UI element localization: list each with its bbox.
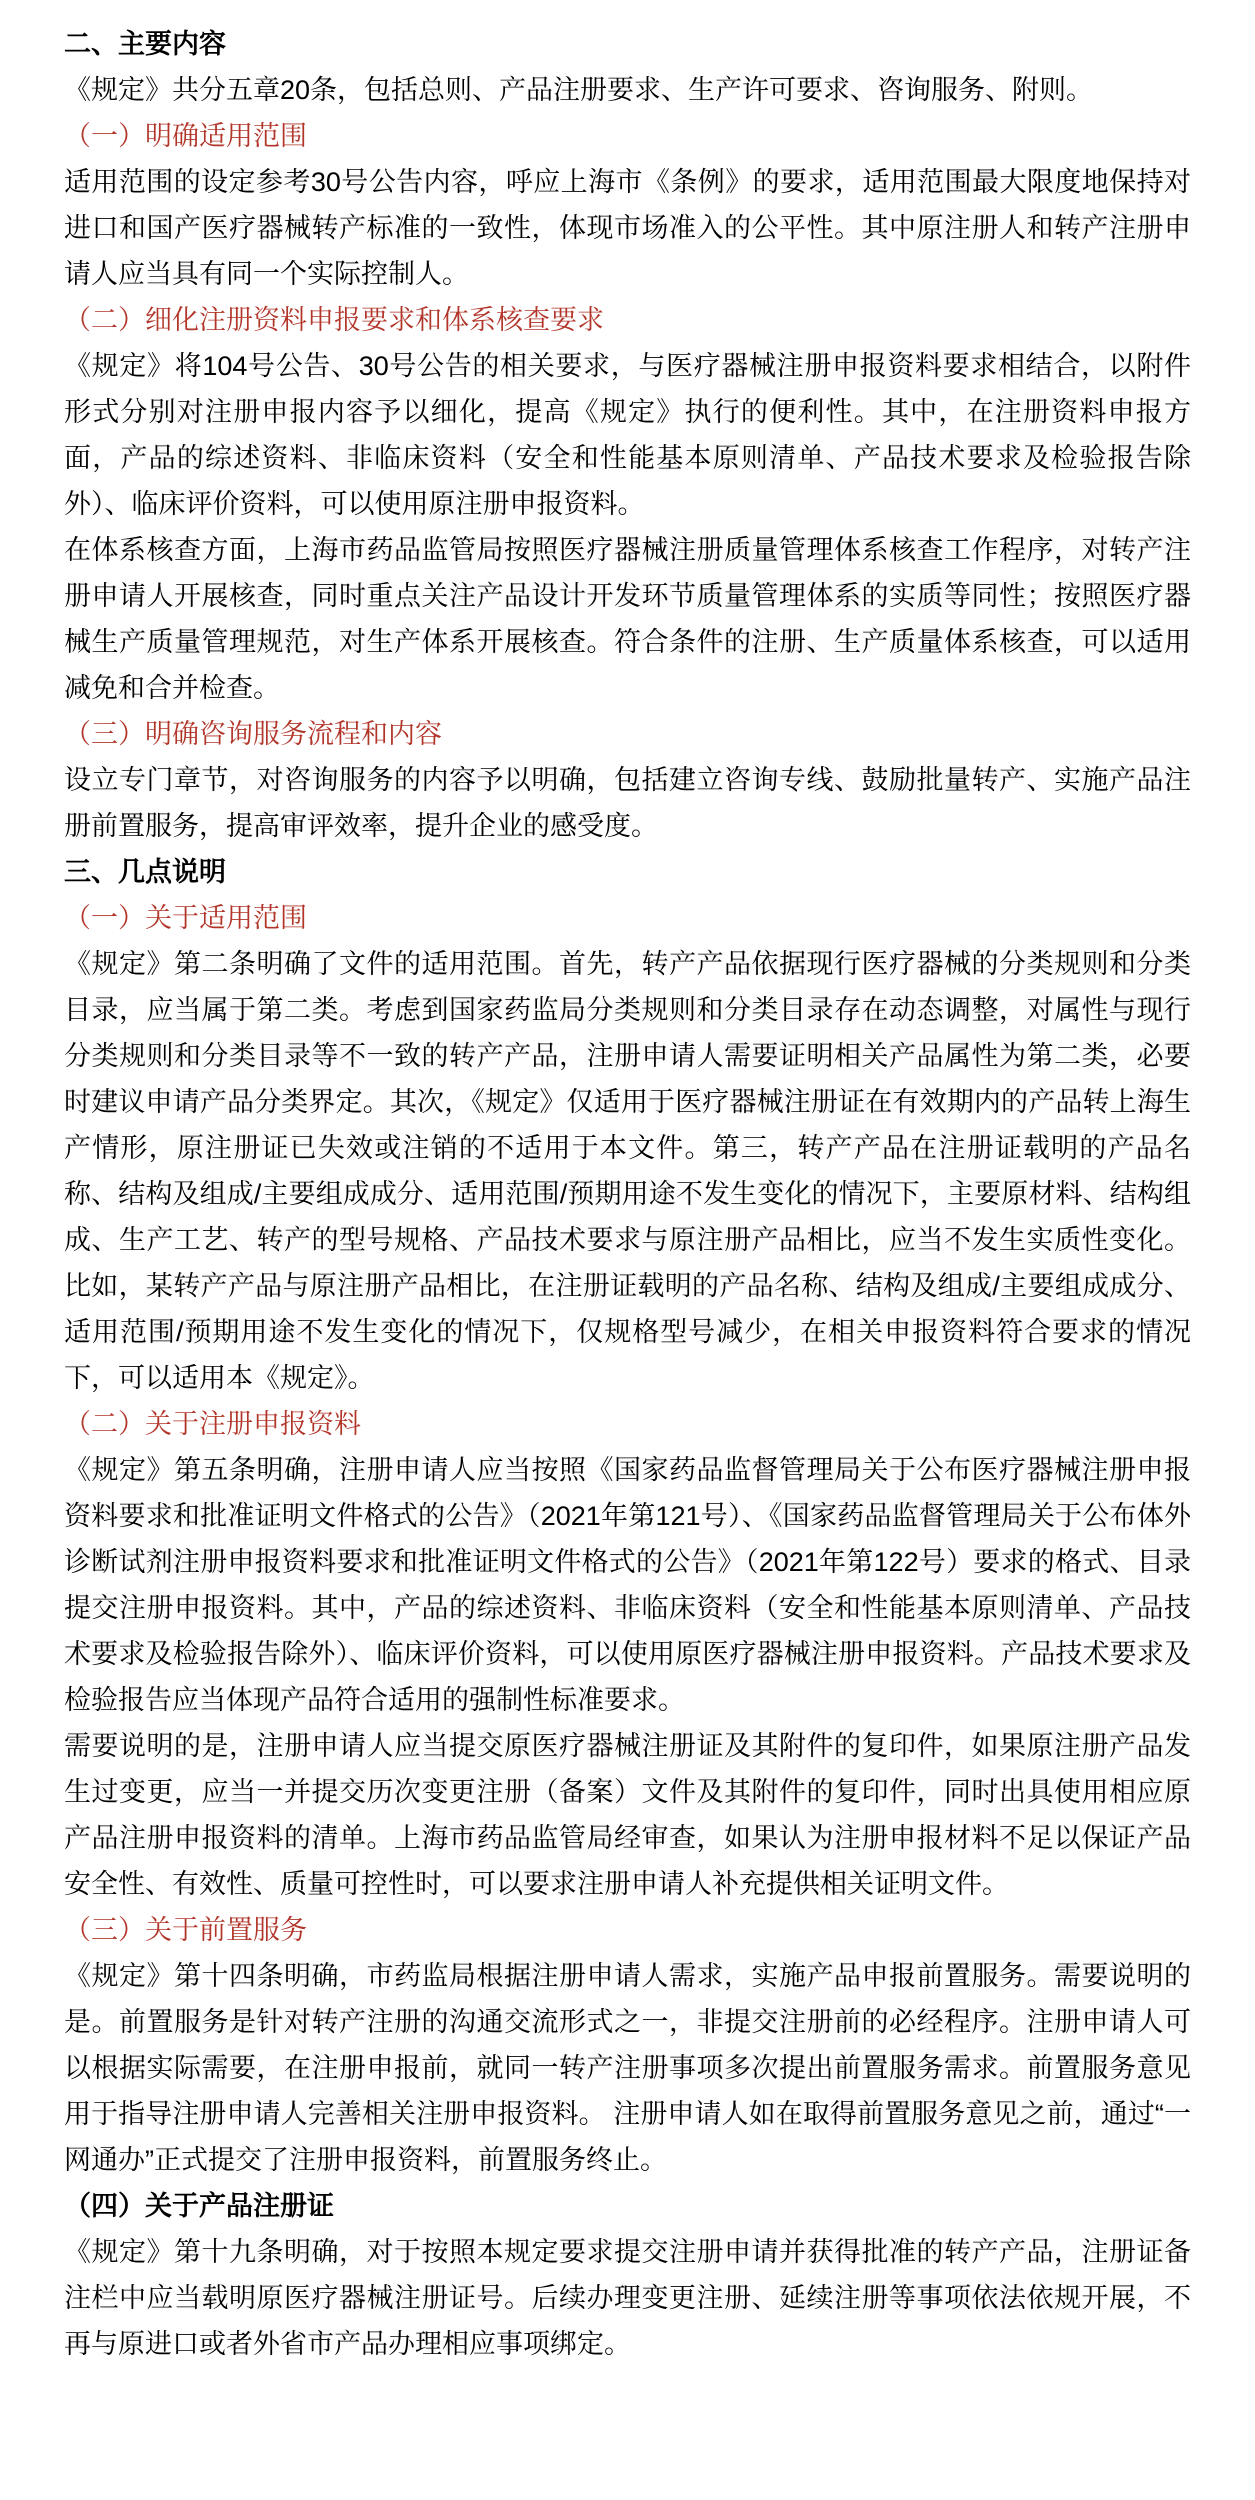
document-body: 二、主要内容《规定》共分五章20条，包括总则、产品注册要求、生产许可要求、咨询服… [64,21,1191,2367]
paragraph: 适用范围的设定参考30号公告内容，呼应上海市《条例》的要求，适用范围最大限度地保… [64,159,1191,297]
subsection-heading: （二）关于注册申报资料 [64,1401,1191,1447]
paragraph: 《规定》共分五章20条，包括总则、产品注册要求、生产许可要求、咨询服务、附则。 [64,67,1191,113]
document-page: 二、主要内容《规定》共分五章20条，包括总则、产品注册要求、生产许可要求、咨询服… [0,0,1255,2500]
paragraph: 设立专门章节，对咨询服务的内容予以明确，包括建立咨询专线、鼓励批量转产、实施产品… [64,757,1191,849]
subsection-heading: （三）明确咨询服务流程和内容 [64,711,1191,757]
paragraph: 《规定》第二条明确了文件的适用范围。首先，转产产品依据现行医疗器械的分类规则和分… [64,941,1191,1401]
subsection-heading: （一）关于适用范围 [64,895,1191,941]
section-heading: （四）关于产品注册证 [64,2183,1191,2229]
paragraph: 《规定》第十四条明确，市药监局根据注册申请人需求，实施产品申报前置服务。需要说明… [64,1953,1191,2183]
subsection-heading: （一）明确适用范围 [64,113,1191,159]
section-heading: 二、主要内容 [64,21,1191,67]
paragraph: 《规定》第五条明确，注册申请人应当按照《国家药品监督管理局关于公布医疗器械注册申… [64,1447,1191,1723]
paragraph: 《规定》将104号公告、30号公告的相关要求，与医疗器械注册申报资料要求相结合，… [64,343,1191,527]
section-heading: 三、几点说明 [64,849,1191,895]
subsection-heading: （三）关于前置服务 [64,1907,1191,1953]
paragraph: 需要说明的是，注册申请人应当提交原医疗器械注册证及其附件的复印件，如果原注册产品… [64,1723,1191,1907]
subsection-heading: （二）细化注册资料申报要求和体系核查要求 [64,297,1191,343]
paragraph: 在体系核查方面，上海市药品监管局按照医疗器械注册质量管理体系核查工作程序，对转产… [64,527,1191,711]
paragraph: 《规定》第十九条明确，对于按照本规定要求提交注册申请并获得批准的转产产品，注册证… [64,2229,1191,2367]
